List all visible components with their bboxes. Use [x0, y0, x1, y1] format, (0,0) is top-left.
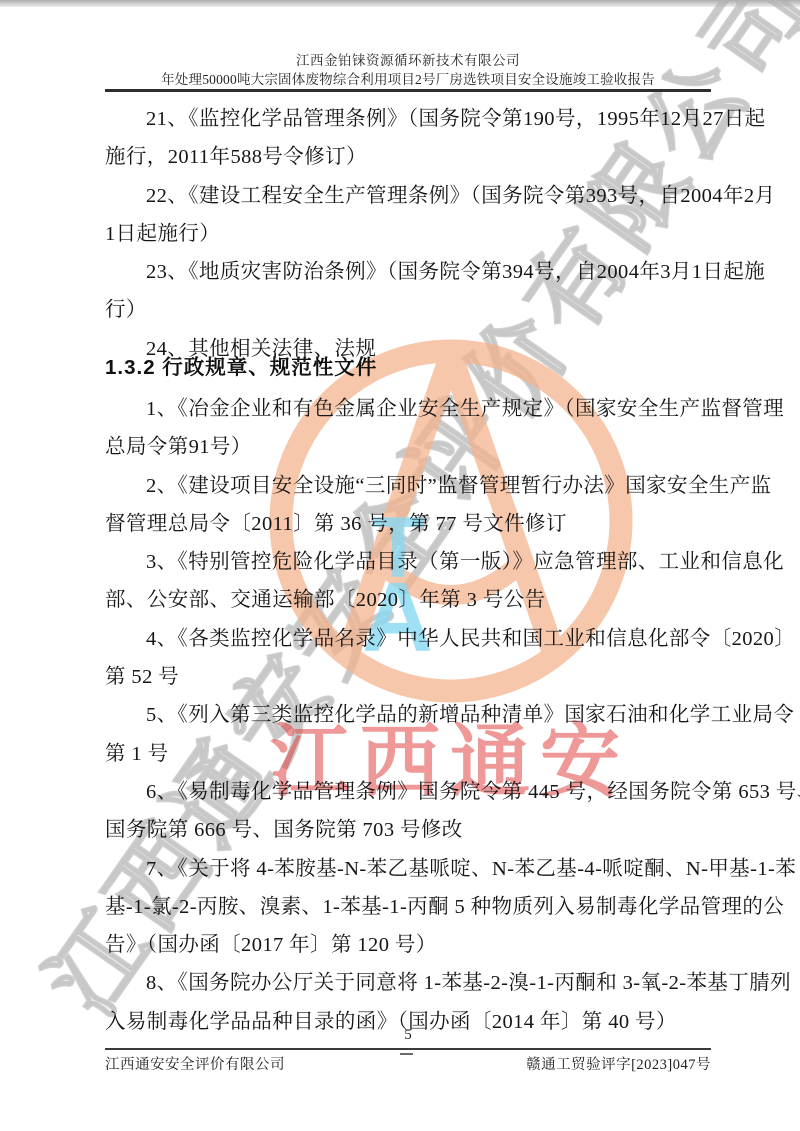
body-line: 国务院第 666 号、国务院第 703 号修改 [105, 811, 717, 849]
footer-rule [105, 1048, 711, 1050]
footer-row: 江西通安安全评价有限公司 赣通工贸验评字[2023]047号 [105, 1053, 711, 1074]
header-rule [105, 89, 711, 92]
paragraph: 22、《建设工程安全生产管理条例》（国务院令第393号，自2004年2月1日起施… [105, 177, 717, 254]
body-line: 第 1 号 [105, 735, 717, 773]
footer-doc-number: 赣通工贸验评字[2023]047号 [526, 1053, 711, 1074]
paragraph: 21、《监控化学品管理条例》（国务院令第190号，1995年12月27日起施行，… [105, 100, 717, 177]
body-line: 督管理总局令〔2011〕第 36 号，第 77 号文件修订 [105, 505, 717, 543]
page-content: 江西金铂铼资源循环新技术有限公司 年处理50000吨大宗固体废物综合利用项目2号… [0, 0, 800, 1131]
paragraph: 23、《地质灾害防治条例》（国务院令第394号，自2004年3月1日起施行） [105, 253, 717, 330]
body-line: 1、《冶金企业和有色金属企业安全生产规定》（国家安全生产监督管理 [105, 390, 717, 428]
paragraph: 4、《各类监控化学品名录》中华人民共和国工业和信息化部令〔2020〕第 52 号 [105, 620, 717, 697]
body-line: 4、《各类监控化学品名录》中华人民共和国工业和信息化部令〔2020〕 [105, 620, 717, 658]
body-line: 告》（国办函〔2017 年〕第 120 号） [105, 926, 717, 964]
paragraph: 6、《易制毒化学品管理条例》国务院令第 445 号，经国务院令第 653 号、国… [105, 773, 717, 850]
document-page: 江西通安安全评价有限公司 T A 江西通安 江西金铂铼资源循环新技术有限公司 年… [0, 0, 800, 1131]
section-heading-1-3-2: 1.3.2 行政规章、规范性文件 [105, 354, 717, 382]
body-line: 2、《建设项目安全设施“三同时”监督管理暂行办法》国家安全生产监 [105, 467, 717, 505]
header-report-title: 年处理50000吨大宗固体废物综合利用项目2号厂房选铁项目安全设施竣工验收报告 [95, 68, 721, 88]
body-line: 行） [105, 291, 717, 329]
paragraph: 3、《特别管控危险化学品目录（第一版）》应急管理部、工业和信息化部、公安部、交通… [105, 543, 717, 620]
body-blocks-bottom: 1、《冶金企业和有色金属企业安全生产规定》（国家安全生产监督管理总局令第91号）… [105, 390, 717, 1041]
body-line: 23、《地质灾害防治条例》（国务院令第394号，自2004年3月1日起施 [105, 253, 717, 291]
body-line: 7、《关于将 4-苯胺基-N-苯乙基哌啶、N-苯乙基-4-哌啶酮、N-甲基-1-… [105, 850, 717, 888]
body-line: 施行，2011年588号令修订） [105, 138, 717, 176]
page-number: 5 [105, 1027, 711, 1044]
body-line: 8、《国务院办公厅关于同意将 1-苯基-2-溴-1-丙酮和 3-氧-2-苯基丁腈… [105, 964, 717, 1002]
body-line: 3、《特别管控危险化学品目录（第一版）》应急管理部、工业和信息化 [105, 543, 717, 581]
paragraph: 2、《建设项目安全设施“三同时”监督管理暂行办法》国家安全生产监督管理总局令〔2… [105, 467, 717, 544]
paragraph: 7、《关于将 4-苯胺基-N-苯乙基哌啶、N-苯乙基-4-哌啶酮、N-甲基-1-… [105, 850, 717, 965]
header-company-name: 江西金铂铼资源循环新技术有限公司 [105, 49, 711, 69]
paragraph: 1、《冶金企业和有色金属企业安全生产规定》（国家安全生产监督管理总局令第91号） [105, 390, 717, 467]
paragraph: 5、《列入第三类监控化学品的新增品种清单》国家石油和化学工业局令第 1 号 [105, 696, 717, 773]
body-line: 部、公安部、交通运输部〔2020〕年第 3 号公告 [105, 581, 717, 619]
body-blocks-top: 21、《监控化学品管理条例》（国务院令第190号，1995年12月27日起施行，… [105, 100, 717, 368]
body-line: 第 52 号 [105, 658, 717, 696]
body-line: 22、《建设工程安全生产管理条例》（国务院令第393号，自2004年2月 [105, 177, 717, 215]
body-line: 5、《列入第三类监控化学品的新增品种清单》国家石油和化学工业局令 [105, 696, 717, 734]
body-line: 6、《易制毒化学品管理条例》国务院令第 445 号，经国务院令第 653 号、 [105, 773, 717, 811]
body-line: 21、《监控化学品管理条例》（国务院令第190号，1995年12月27日起 [105, 100, 717, 138]
footer-company: 江西通安安全评价有限公司 [105, 1053, 285, 1074]
body-line: 基-1-氯-2-丙胺、溴素、1-苯基-1-丙酮 5 种物质列入易制毒化学品管理的… [105, 888, 717, 926]
body-line: 1日起施行） [105, 215, 717, 253]
body-line: 总局令第91号） [105, 428, 717, 466]
